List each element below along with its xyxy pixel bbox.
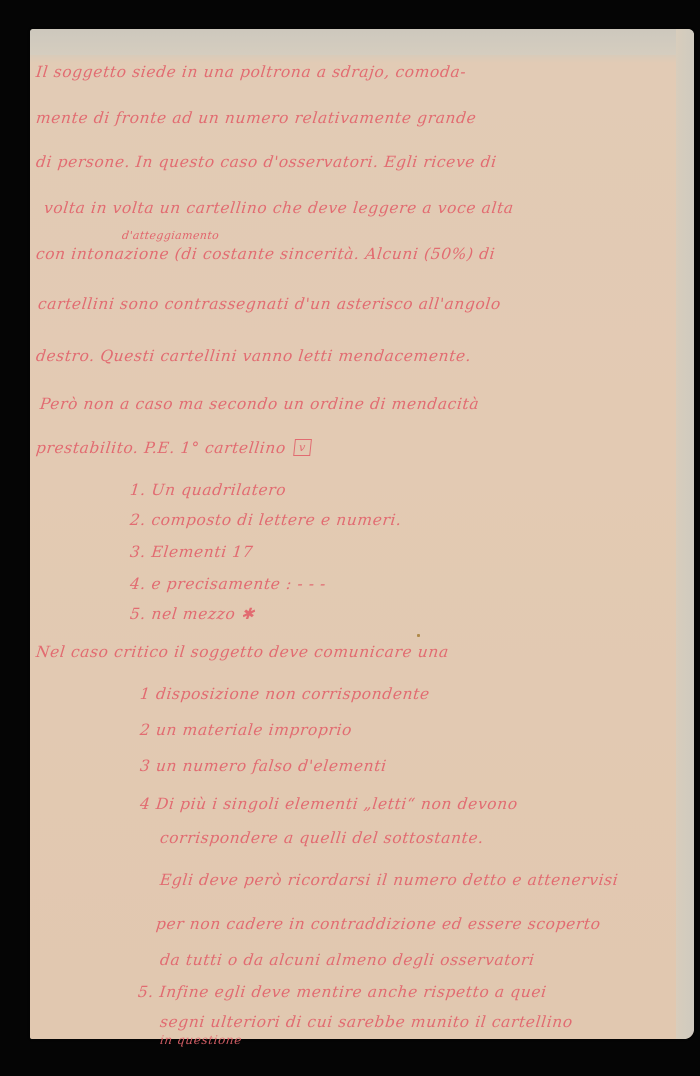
text-line: Il soggetto siede in una poltrona a sdra…	[35, 63, 467, 81]
list-item: 1. Un quadrilatero	[129, 481, 287, 499]
boxed-mark: v	[293, 439, 312, 456]
text-line: prestabilito. P.E. 1° cartellinov	[35, 439, 312, 457]
list-item: 3 un numero falso d'elementi	[139, 757, 388, 775]
text-line: di persone. In questo caso d'osservatori…	[35, 153, 498, 171]
text-line: destro. Questi cartellini vanno letti me…	[35, 347, 472, 365]
list-item: corrispondere a quelli del sottostante.	[159, 829, 485, 847]
list-item: 4 Di più i singoli elementi „letti“ non …	[139, 795, 519, 813]
text-line: Però non a caso ma secondo un ordine di …	[39, 395, 480, 413]
list-item: 1 disposizione non corrispondente	[139, 685, 431, 703]
text-line: mente di fronte ad un numero relativamen…	[35, 109, 477, 127]
text-line: da tutti o da alcuni almeno degli osserv…	[159, 951, 536, 969]
text-line: cartellini sono contrassegnati d'un aste…	[37, 295, 502, 313]
text-span: prestabilito. P.E. 1° cartellino	[35, 439, 287, 457]
text-line: Egli deve però ricordarsi il numero dett…	[159, 871, 619, 889]
text-line: con intonazione (di costante sincerità. …	[35, 245, 496, 263]
manuscript-page: Il soggetto siede in una poltrona a sdra…	[30, 29, 694, 1039]
list-item: 2. composto di lettere e numeri.	[129, 511, 403, 529]
text-span: con intonazione (di costante sincerità. …	[35, 245, 496, 263]
interlinear-insertion: d'atteggiamento	[121, 229, 220, 242]
list-item: 3. Elementi 17	[129, 543, 254, 561]
text-line: in questione	[159, 1033, 242, 1047]
list-item: 2 un materiale improprio	[139, 721, 353, 739]
scan-background: Il soggetto siede in una poltrona a sdra…	[0, 0, 700, 1076]
text-line: volta in volta un cartellino che deve le…	[43, 199, 515, 217]
list-item: 5. nel mezzo ✱	[129, 605, 256, 623]
handwritten-text: Il soggetto siede in una poltrona a sdra…	[30, 29, 694, 1039]
list-item: 4. e precisamente : - - -	[129, 575, 327, 593]
list-item: 5. Infine egli deve mentire anche rispet…	[137, 983, 548, 1001]
text-line: segni ulteriori di cui sarebbe munito il…	[159, 1013, 574, 1031]
paper-speck	[417, 634, 420, 637]
text-line: per non cadere in contraddizione ed esse…	[155, 915, 602, 933]
text-line: Nel caso critico il soggetto deve comuni…	[35, 643, 450, 661]
